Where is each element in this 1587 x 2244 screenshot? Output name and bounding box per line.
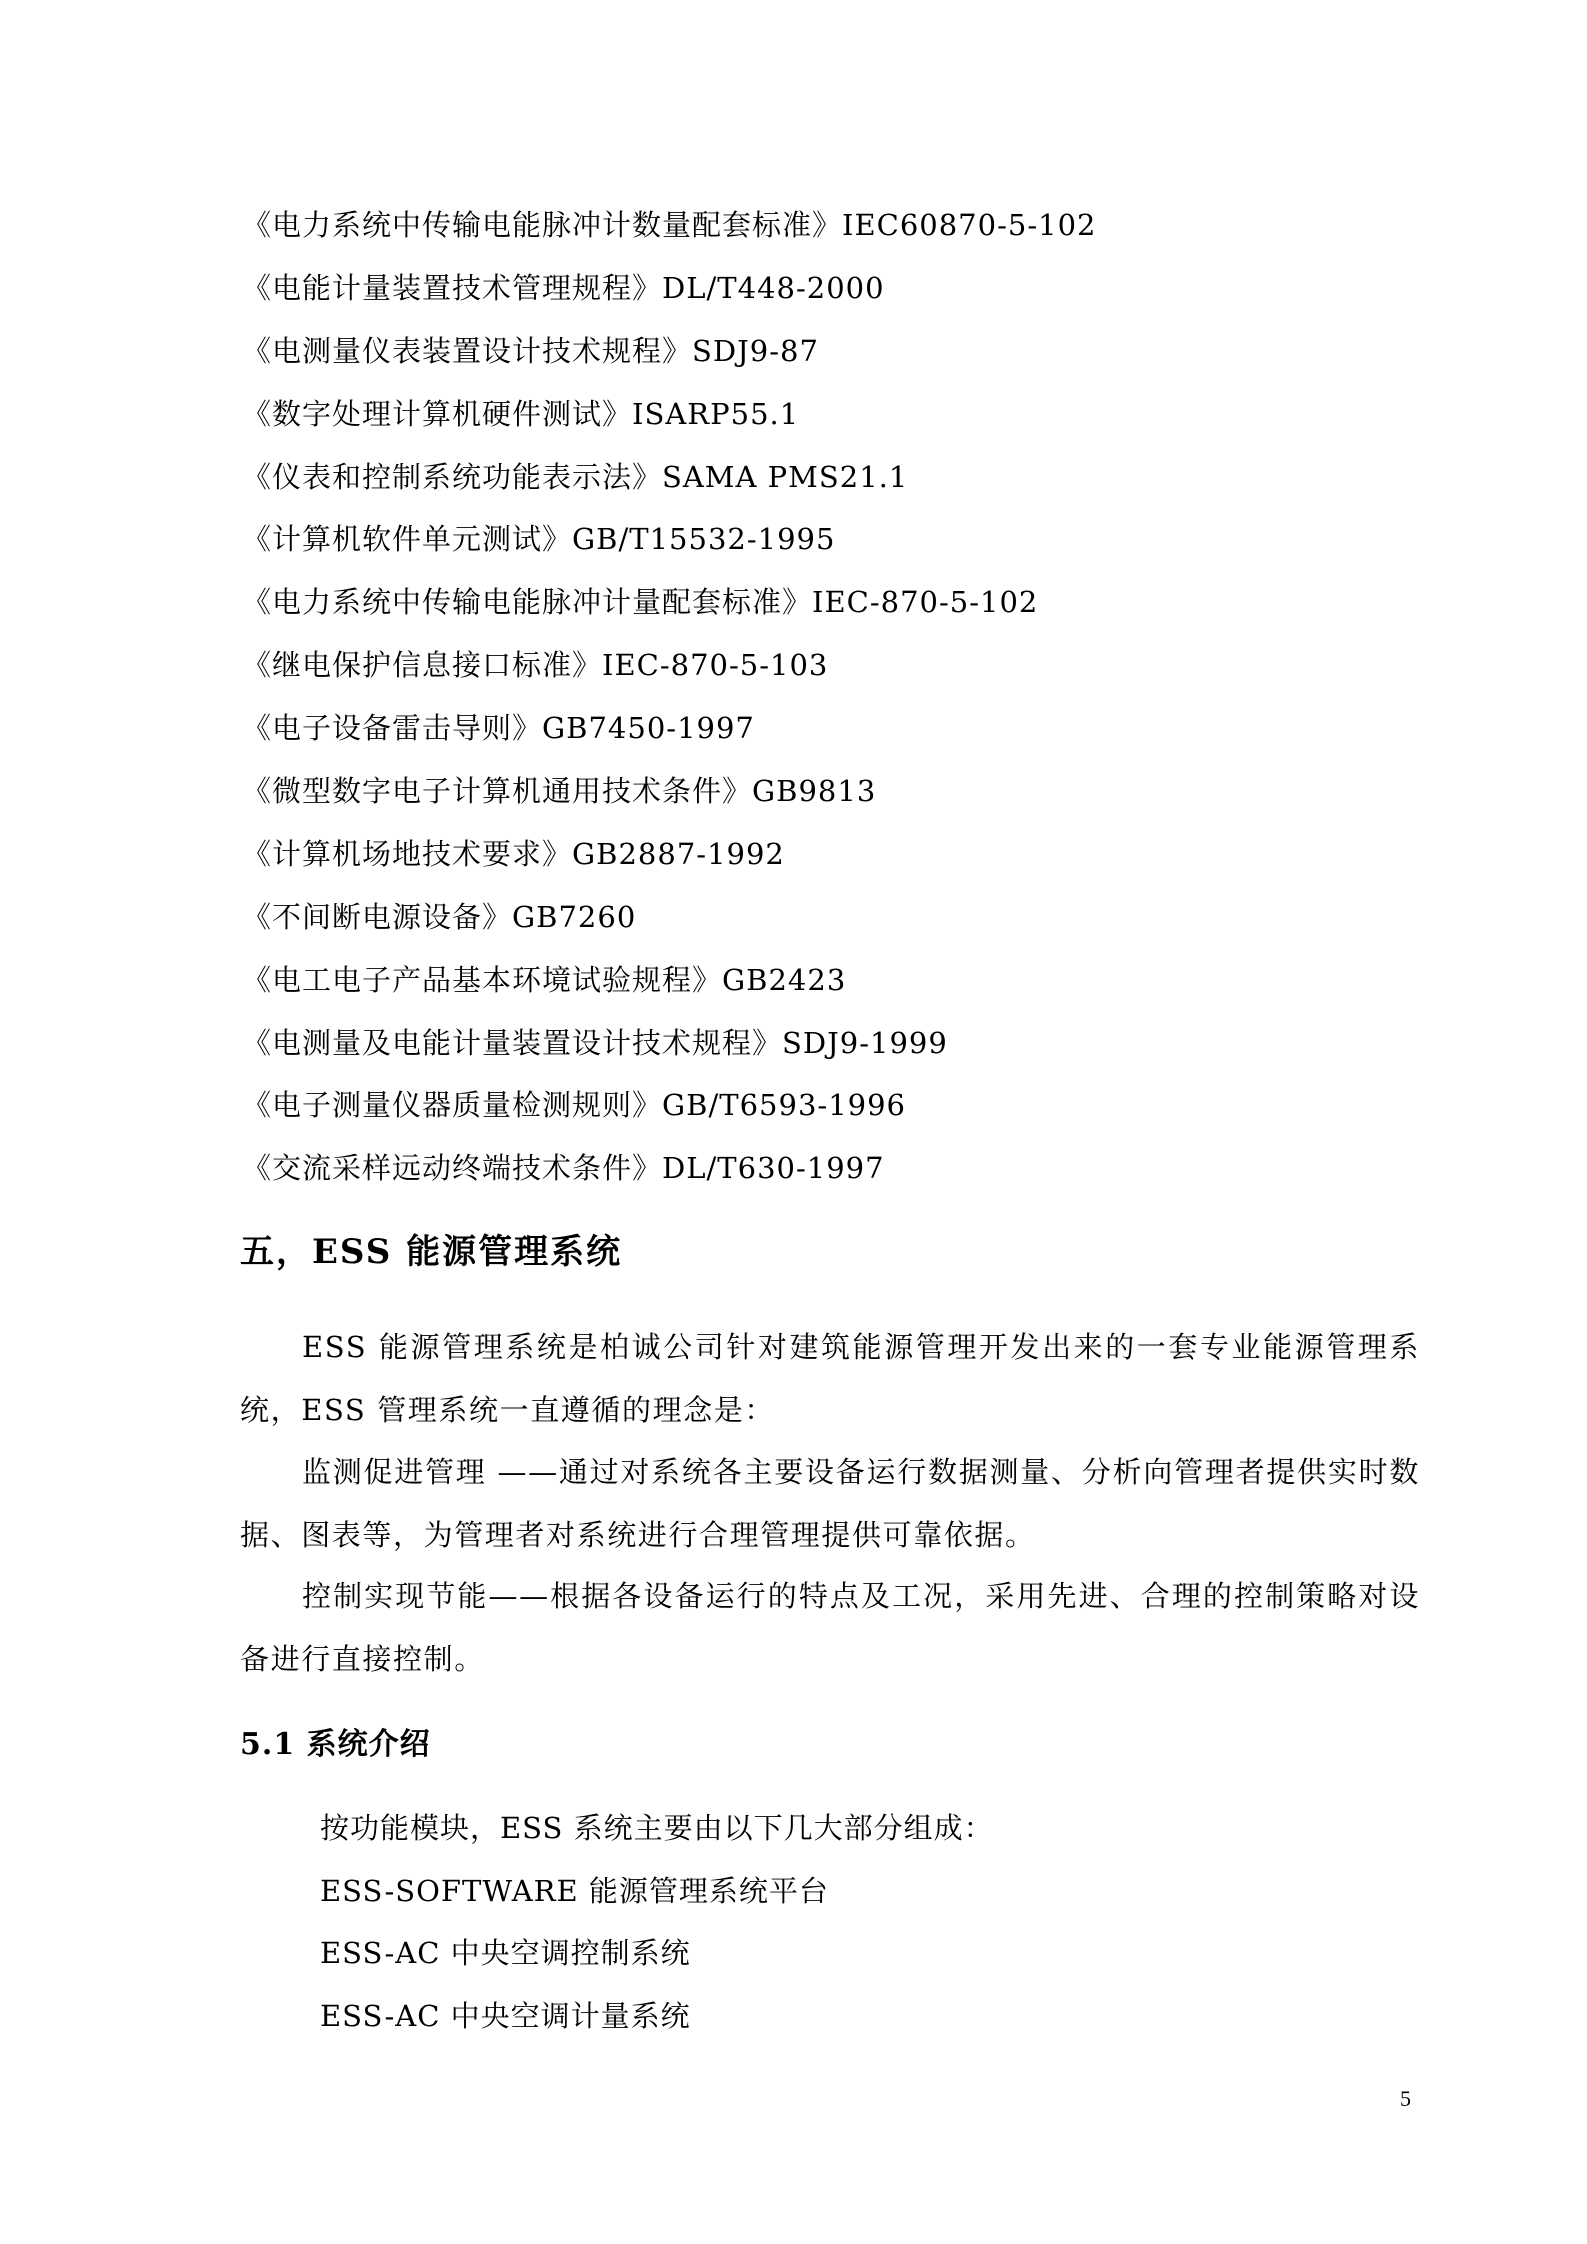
reference-item: 《数字处理计算机硬件测试》ISARP55.1 xyxy=(242,383,1096,446)
system-components-list: 按功能模块，ESS 系统主要由以下几大部分组成： ESS-SOFTWARE 能源… xyxy=(320,1797,994,2047)
reference-item: 《微型数字电子计算机通用技术条件》GB9813 xyxy=(242,760,1096,823)
paragraph-control: 控制实现节能——根据各设备运行的特点及工况，采用先进、合理的控制策略对设备进行直… xyxy=(240,1565,1420,1690)
reference-item: 《电测量仪表装置设计技术规程》SDJ9-87 xyxy=(242,320,1096,383)
page-number: 5 xyxy=(1400,2086,1411,2112)
components-intro: 按功能模块，ESS 系统主要由以下几大部分组成： xyxy=(320,1797,994,1860)
reference-item: 《计算机软件单元测试》GB/T15532-1995 xyxy=(242,508,1096,571)
reference-item: 《电子测量仪器质量检测规则》GB/T6593-1996 xyxy=(242,1074,1096,1137)
reference-item: 《电子设备雷击导则》GB7450-1997 xyxy=(242,697,1096,760)
paragraph-monitoring: 监测促进管理 ——通过对系统各主要设备运行数据测量、分析向管理者提供实时数据、图… xyxy=(240,1441,1420,1566)
reference-item: 《不间断电源设备》GB7260 xyxy=(242,886,1096,949)
reference-item: 《电力系统中传输电能脉冲计量配套标准》IEC-870-5-102 xyxy=(242,571,1096,634)
subsection-heading-system-intro: 5.1 系统介绍 xyxy=(240,1720,431,1770)
reference-item: 《计算机场地技术要求》GB2887-1992 xyxy=(242,823,1096,886)
reference-item: 《电能计量装置技术管理规程》DL/T448-2000 xyxy=(242,257,1096,320)
section-heading-ess: 五，ESS 能源管理系统 xyxy=(240,1226,622,1278)
component-item: ESS-AC 中央空调控制系统 xyxy=(320,1922,994,1985)
reference-item: 《继电保护信息接口标准》IEC-870-5-103 xyxy=(242,634,1096,697)
reference-item: 《电力系统中传输电能脉冲计数量配套标准》IEC60870-5-102 xyxy=(242,194,1096,257)
component-item: ESS-AC 中央空调计量系统 xyxy=(320,1985,994,2048)
paragraph-intro: ESS 能源管理系统是柏诚公司针对建筑能源管理开发出来的一套专业能源管理系统，E… xyxy=(240,1316,1420,1441)
reference-item: 《仪表和控制系统功能表示法》SAMA PMS21.1 xyxy=(242,446,1096,509)
reference-item: 《电工电子产品基本环境试验规程》GB2423 xyxy=(242,949,1096,1012)
reference-item: 《交流采样远动终端技术条件》DL/T630-1997 xyxy=(242,1137,1096,1200)
document-page: 《电力系统中传输电能脉冲计数量配套标准》IEC60870-5-102 《电能计量… xyxy=(0,0,1587,2244)
standards-reference-list: 《电力系统中传输电能脉冲计数量配套标准》IEC60870-5-102 《电能计量… xyxy=(242,194,1096,1200)
component-item: ESS-SOFTWARE 能源管理系统平台 xyxy=(320,1860,994,1923)
reference-item: 《电测量及电能计量装置设计技术规程》SDJ9-1999 xyxy=(242,1012,1096,1075)
